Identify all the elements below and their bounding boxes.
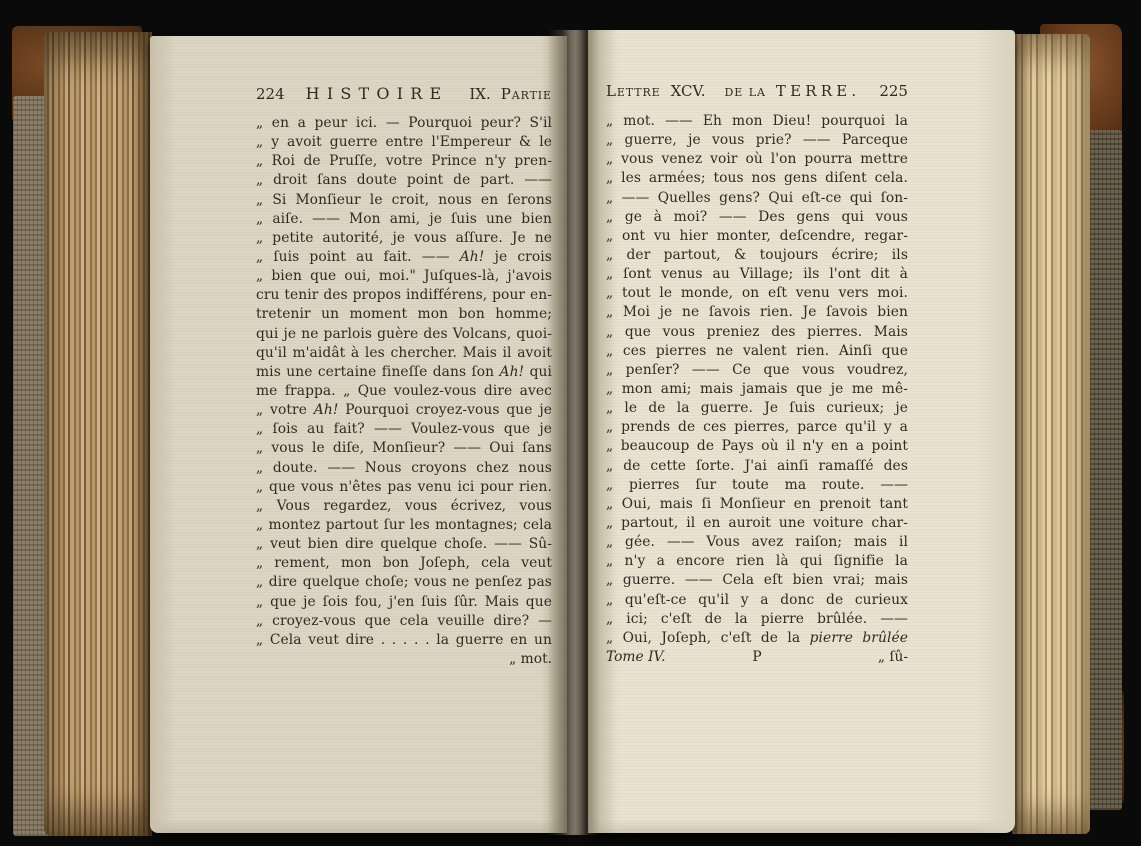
text-line: „ droit ſans doute point de part. —— — [256, 171, 552, 190]
right-cover-board — [1086, 130, 1122, 810]
text-line: „ de cette ſorte. J'ai ainſi ramaſſé des — [606, 457, 908, 476]
subject-de-la: de la — [724, 82, 765, 100]
text-line: „ partout, il en auroit une voiture char… — [606, 514, 908, 533]
text-line: „ vous venez voir où l'on pourra mettre — [606, 150, 908, 169]
text-line: „ ſois au fait? —— Voulez-vous que je — [256, 420, 552, 439]
text-line: „ ge à moi? —— Des gens qui vous — [606, 208, 908, 227]
text-line: „ prends de ces pierres, parce qu'il y a — [606, 418, 908, 437]
text-line: qu'il m'aidât à les chercher. Mais il av… — [256, 344, 552, 363]
text-line: „ Oui, Joſeph, c'eſt de la pierre brûlée — [606, 629, 908, 648]
text-line: „ petite autorité, je vous aſſure. Je ne — [256, 229, 552, 248]
running-title: HISTOIRE — [306, 84, 449, 103]
text-line: „ croyez-vous que cela veuille dire? — — [256, 612, 552, 631]
left-page-number: 224 — [256, 85, 285, 103]
left-page-body: „ en a peur ici. — Pourquoi peur? S'il„ … — [256, 114, 552, 650]
text-line: „ montez partout ſur les montagnes; cela — [256, 516, 552, 535]
left-page-text: 224 HISTOIRE IX. Partie „ en a peur ici.… — [256, 84, 552, 669]
text-line: „ Si Monſieur le croit, nous en ſerons b… — [256, 191, 552, 210]
text-line: „ mon ami; mais jamais que je me mê- — [606, 380, 908, 399]
text-line: „ —— Quelles gens? Qui eſt-ce qui ſon- — [606, 189, 908, 208]
text-line: „ aiſe. —— Mon ami, je ſuis une bien — [256, 210, 552, 229]
subject-word: TERRE. — [776, 82, 860, 100]
text-line: „ dire quelque choſe; vous ne penſez pas — [256, 573, 552, 592]
text-line: „ ici; c'eſt de la pierre brûlée. —— — [606, 610, 908, 629]
text-line: „ vous le diſe, Monſieur? —— Oui ſans — [256, 439, 552, 458]
text-line: „ doute. —— Nous croyons chez nous — [256, 459, 552, 478]
tome-label: Tome IV. — [606, 648, 752, 667]
letter-number: XCV. — [671, 82, 706, 100]
running-section: IX. Partie — [469, 85, 552, 103]
text-line: me frappa. „ Que voulez-vous dire avec — [256, 382, 552, 401]
book-scan: 224 HISTOIRE IX. Partie „ en a peur ici.… — [0, 0, 1141, 846]
text-line: „ guerre. —— Cela eſt bien vrai; mais — [606, 571, 908, 590]
text-line: „ guerre, je vous prie? —— Parceque — [606, 131, 908, 150]
text-line: „ votre Ah! Pourquoi croyez-vous que je — [256, 401, 552, 420]
text-line: „ Vous regardez, vous écrivez, vous — [256, 497, 552, 516]
text-line: „ der partout, & toujours écrire; ils — [606, 246, 908, 265]
text-line: „ rement, mon bon Joſeph, cela veut — [256, 554, 552, 573]
text-line: „ mot. —— Eh mon Dieu! pourquoi la — [606, 112, 908, 131]
text-line: „ les armées; tous nos gens diſent cela. — [606, 169, 908, 188]
left-page-header: 224 HISTOIRE IX. Partie — [256, 84, 552, 106]
section-number: IX. — [469, 85, 490, 103]
text-line: „ tout le monde, on eſt venu vers moi. — [606, 284, 908, 303]
left-catchword: „ mot. — [256, 650, 552, 669]
text-line: „ Roi de Pruſſe, votre Prince n'y pren- — [256, 152, 552, 171]
right-page-edges — [1012, 34, 1090, 834]
right-page-body: „ mot. —— Eh mon Dieu! pourquoi la„ guer… — [606, 112, 908, 648]
text-line: „ beaucoup de Pays où il n'y en a point — [606, 437, 908, 456]
text-line: „ le de la guerre. Je ſuis curieux; je — [606, 399, 908, 418]
text-line: „ y avoit guerre entre l'Empereur & le — [256, 133, 552, 152]
text-line: „ ont vu hier monter, deſcendre, regar- — [606, 227, 908, 246]
right-page-footer: Tome IV. P „ ſû- — [606, 648, 908, 667]
running-letter: Lettre XCV. — [606, 82, 705, 100]
text-line: mis une certaine fineſſe dans ſon Ah! qu… — [256, 363, 552, 382]
running-subject: de la TERRE. — [724, 82, 860, 100]
text-line: „ qu'eſt-ce qu'il y a donc de curieux — [606, 591, 908, 610]
text-line: „ que vous preniez des pierres. Mais — [606, 323, 908, 342]
section-word: Partie — [501, 85, 552, 103]
right-page-text: Lettre XCV. de la TERRE. 225 „ mot. —— E… — [606, 82, 908, 667]
text-line: „ ces pierres ne valent rien. Ainſi que — [606, 342, 908, 361]
text-line: cru tenir des propos indifférens, pour e… — [256, 286, 552, 305]
right-page-header: Lettre XCV. de la TERRE. 225 — [606, 82, 908, 104]
text-line: „ bien que oui, moi." Juſques-là, j'avoi… — [256, 267, 552, 286]
text-line: „ ſont venus au Village; ils l'ont dit à — [606, 265, 908, 284]
text-line: „ Cela veut dire . . . . . la guerre en … — [256, 631, 552, 650]
right-catchword: „ ſû- — [762, 648, 908, 667]
text-line: „ pierres ſur toute ma route. —— — [606, 476, 908, 495]
text-line: „ en a peur ici. — Pourquoi peur? S'il — [256, 114, 552, 133]
text-line: „ veut bien dire quelque choſe. —— Sû- — [256, 535, 552, 554]
text-line: „ Moi je ne ſavois rien. Je ſavois bien — [606, 303, 908, 322]
text-line: qui je ne parlois guère des Volcans, quo… — [256, 325, 552, 344]
text-line: „ que je ſois fou, j'en ſuis ſûr. Mais q… — [256, 593, 552, 612]
letter-word: Lettre — [606, 82, 661, 100]
text-line: „ Oui, mais ſi Monſieur en prenoit tant — [606, 495, 908, 514]
left-page-edges — [44, 32, 152, 836]
text-line: „ gée. —— Vous avez raiſon; mais il — [606, 533, 908, 552]
signature-mark: P — [752, 648, 761, 667]
text-line: „ n'y a encore rien là qui ſignifie la — [606, 552, 908, 571]
right-page-number: 225 — [879, 82, 908, 100]
text-line: „ ſuis point au fait. —— Ah! je crois — [256, 248, 552, 267]
text-line: „ penſer? —— Ce que vous voudrez, — [606, 361, 908, 380]
text-line: tretenir un moment mon bon homme; avec — [256, 305, 552, 324]
text-line: „ que vous n'êtes pas venu ici pour rien… — [256, 478, 552, 497]
